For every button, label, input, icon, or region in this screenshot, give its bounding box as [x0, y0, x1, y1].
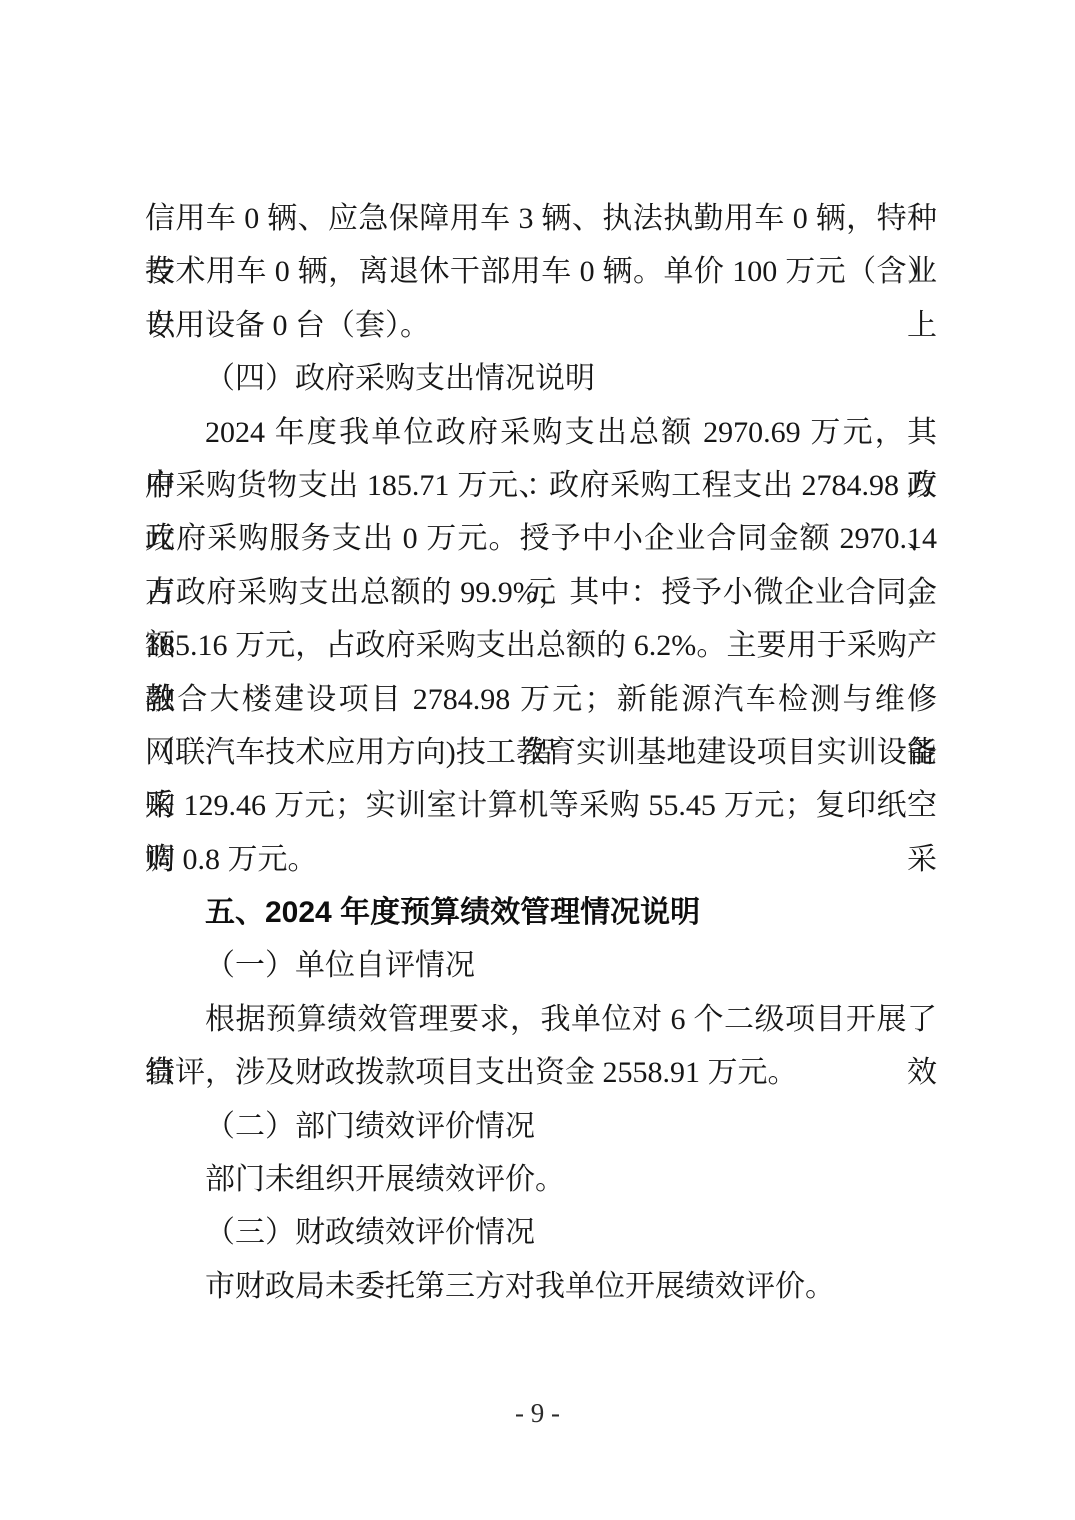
text-line: 技术用车 0 辆，离退休干部用车 0 辆。单价 100 万元（含）以上 — [145, 245, 937, 298]
text-line: 信用车 0 辆、应急保障用车 3 辆、执法执勤用车 0 辆，特种专业 — [145, 192, 937, 245]
page-number: - 9 - — [0, 1398, 1075, 1429]
text-line: 2024 年度我单位政府采购支出总额 2970.69 万元，其中：政 — [145, 406, 937, 459]
text-line: 网联汽车技术应用方向)技工教育实训基地建设项目实训设备采 — [145, 726, 937, 779]
section-heading: 五、2024 年度预算绩效管理情况说明 — [145, 886, 937, 939]
text-line: 购 129.46 万元；实训室计算机等采购 55.45 万元；复印纸空调采 — [145, 779, 937, 832]
text-line: 部门未组织开展绩效评价。 — [145, 1153, 937, 1206]
subsection-heading: （二）部门绩效评价情况 — [145, 1100, 937, 1153]
text-line: 融合大楼建设项目 2784.98 万元；新能源汽车检测与维修（智能 — [145, 673, 937, 726]
text-line: 占政府采购支出总额的 99.9%，其中：授予小微企业合同金额 — [145, 566, 937, 619]
text-line: 185.16 万元，占政府采购支出总额的 6.2%。主要用于采购产教 — [145, 619, 937, 672]
subsection-heading: （一）单位自评情况 — [145, 939, 937, 992]
document-body: 信用车 0 辆、应急保障用车 3 辆、执法执勤用车 0 辆，特种专业技术用车 0… — [145, 192, 937, 1313]
text-line: 根据预算绩效管理要求，我单位对 6 个二级项目开展了绩效 — [145, 993, 937, 1046]
text-line: 市财政局未委托第三方对我单位开展绩效评价。 — [145, 1260, 937, 1313]
subsection-heading: （三）财政绩效评价情况 — [145, 1206, 937, 1259]
document-page: 信用车 0 辆、应急保障用车 3 辆、执法执勤用车 0 辆，特种专业技术用车 0… — [0, 0, 1075, 1520]
text-line: 府采购货物支出 185.71 万元、政府采购工程支出 2784.98 万元、 — [145, 459, 937, 512]
subsection-heading: （四）政府采购支出情况说明 — [145, 352, 937, 405]
text-line: 政府采购服务支出 0 万元。授予中小企业合同金额 2970.14 万元， — [145, 512, 937, 565]
